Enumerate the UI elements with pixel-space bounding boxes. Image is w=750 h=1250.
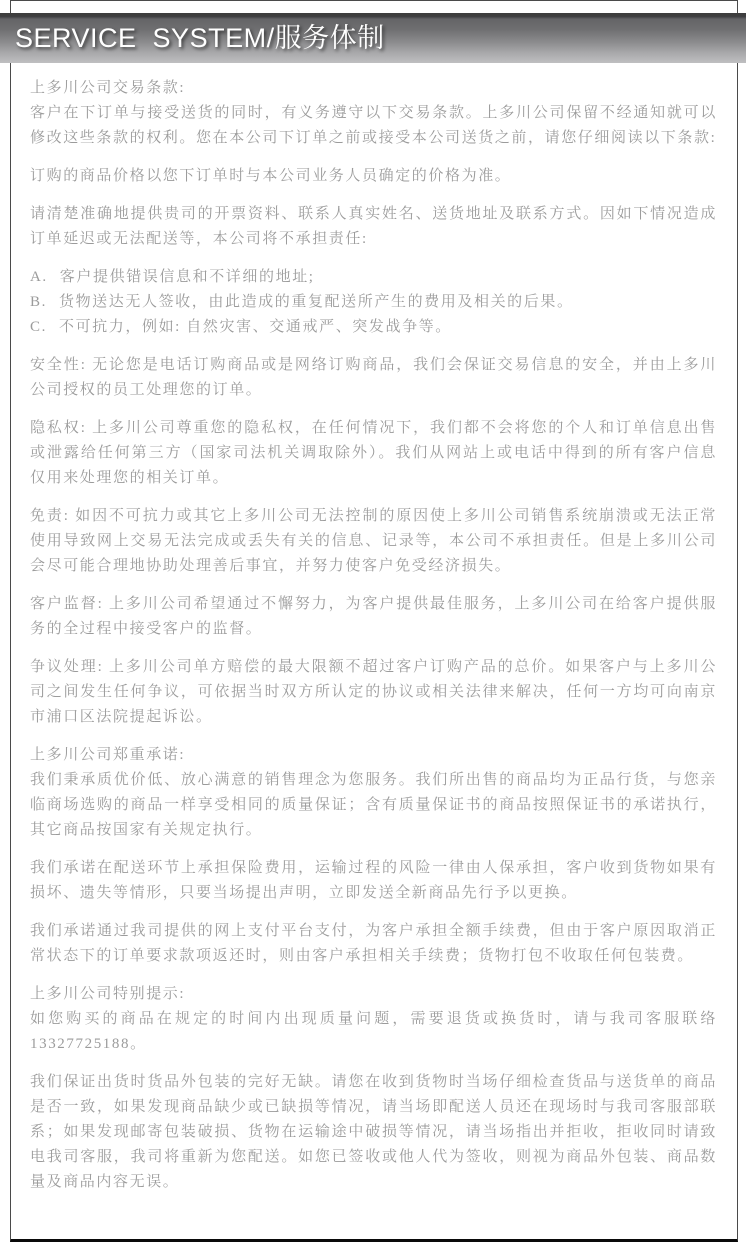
paragraph-text: 订购的商品价格以您下订单时与本公司业务人员确定的价格为准。: [30, 164, 717, 189]
block-heading: 上多川公司特别提示:: [30, 982, 717, 1007]
terms-block: 上多川公司特别提示:如您购买的商品在规定的时间内出现质量问题，需要退货或换货时，…: [30, 982, 717, 1057]
block-heading: 上多川公司郑重承诺:: [30, 743, 717, 768]
paragraph-text: 请清楚准确地提供贵司的开票资料、联系人真实姓名、送货地址及联系方式。因如下情况造…: [30, 202, 717, 252]
paragraph-text: 客户监督: 上多川公司希望通过不懈努力，为客户提供最佳服务，上多川公司在给客户提…: [30, 592, 717, 642]
terms-block: 我们保证出货时货品外包装的完好无缺。请您在收到货物时当场仔细检查货品与送货单的商…: [30, 1070, 717, 1195]
paragraph-text: 如您购买的商品在规定的时间内出现质量问题，需要退货或换货时，请与我司客服联络13…: [30, 1007, 717, 1057]
list-item-label: C.: [30, 319, 47, 335]
list-item: B.货物送达无人签收，由此造成的重复配送所产生的费用及相关的后果。: [30, 290, 717, 315]
block-heading: 上多川公司交易条款:: [30, 76, 717, 101]
section-header-banner: SERVICE SYSTEM/服务体制: [0, 13, 746, 63]
paragraph-text: 我们承诺在配送环节上承担保险费用，运输过程的风险一律由人保承担，客户收到货物如果…: [30, 856, 717, 906]
paragraph-text: 客户在下订单与接受送货的同时，有义务遵守以下交易条款。上多川公司保留不经通知就可…: [30, 101, 717, 151]
list-item-label: A.: [30, 269, 48, 285]
terms-block: 上多川公司郑重承诺:我们秉承质优价低、放心满意的销售理念为您服务。我们所出售的商…: [30, 743, 717, 843]
terms-block: 安全性: 无论您是电话订购商品或是网络订购商品，我们会保证交易信息的安全，并由上…: [30, 353, 717, 403]
list-item-text: 客户提供错误信息和不详细的地址;: [60, 269, 315, 285]
terms-block: 客户监督: 上多川公司希望通过不懈努力，为客户提供最佳服务，上多川公司在给客户提…: [30, 592, 717, 642]
list-item-label: B.: [30, 294, 47, 310]
paragraph-text: 我们承诺通过我司提供的网上支付平台支付，为客户承担全额手续费，但由于客户原因取消…: [30, 919, 717, 969]
list-item-text: 不可抗力，例如: 自然灾害、交通戒严、突发战争等。: [59, 319, 452, 335]
paragraph-text: 我们秉承质优价低、放心满意的销售理念为您服务。我们所出售的商品均为正品行货，与您…: [30, 768, 717, 843]
terms-block: 订购的商品价格以您下订单时与本公司业务人员确定的价格为准。: [30, 164, 717, 189]
paragraph-text: 我们保证出货时货品外包装的完好无缺。请您在收到货物时当场仔细检查货品与送货单的商…: [30, 1070, 717, 1195]
paragraph-text: 争议处理: 上多川公司单方赔偿的最大限额不超过客户订购产品的总价。如果客户与上多…: [30, 655, 717, 730]
list-item: C.不可抗力，例如: 自然灾害、交通戒严、突发战争等。: [30, 315, 717, 340]
list-item-text: 货物送达无人签收，由此造成的重复配送所产生的费用及相关的后果。: [59, 294, 574, 310]
terms-block: 隐私权: 上多川公司尊重您的隐私权，在任何情况下，我们都不会将您的个人和订单信息…: [30, 416, 717, 491]
terms-block: 上多川公司交易条款:客户在下订单与接受送货的同时，有义务遵守以下交易条款。上多川…: [30, 76, 717, 151]
terms-block: 争议处理: 上多川公司单方赔偿的最大限额不超过客户订购产品的总价。如果客户与上多…: [30, 655, 717, 730]
terms-block: A.客户提供错误信息和不详细的地址;B.货物送达无人签收，由此造成的重复配送所产…: [30, 265, 717, 340]
paragraph-text: 隐私权: 上多川公司尊重您的隐私权，在任何情况下，我们都不会将您的个人和订单信息…: [30, 416, 717, 491]
terms-block: 请清楚准确地提供贵司的开票资料、联系人真实姓名、送货地址及联系方式。因如下情况造…: [30, 202, 717, 252]
paragraph-text: 免责: 如因不可抗力或其它上多川公司无法控制的原因使上多川公司销售系统崩溃或无法…: [30, 504, 717, 579]
terms-block: 我们承诺通过我司提供的网上支付平台支付，为客户承担全额手续费，但由于客户原因取消…: [30, 919, 717, 969]
terms-block: 我们承诺在配送环节上承担保险费用，运输过程的风险一律由人保承担，客户收到货物如果…: [30, 856, 717, 906]
section-title: SERVICE SYSTEM/服务体制: [0, 13, 746, 63]
terms-content: 上多川公司交易条款:客户在下订单与接受送货的同时，有义务遵守以下交易条款。上多川…: [30, 76, 717, 1195]
list-item: A.客户提供错误信息和不详细的地址;: [30, 265, 717, 290]
terms-block: 免责: 如因不可抗力或其它上多川公司无法控制的原因使上多川公司销售系统崩溃或无法…: [30, 504, 717, 579]
paragraph-text: 安全性: 无论您是电话订购商品或是网络订购商品，我们会保证交易信息的安全，并由上…: [30, 353, 717, 403]
